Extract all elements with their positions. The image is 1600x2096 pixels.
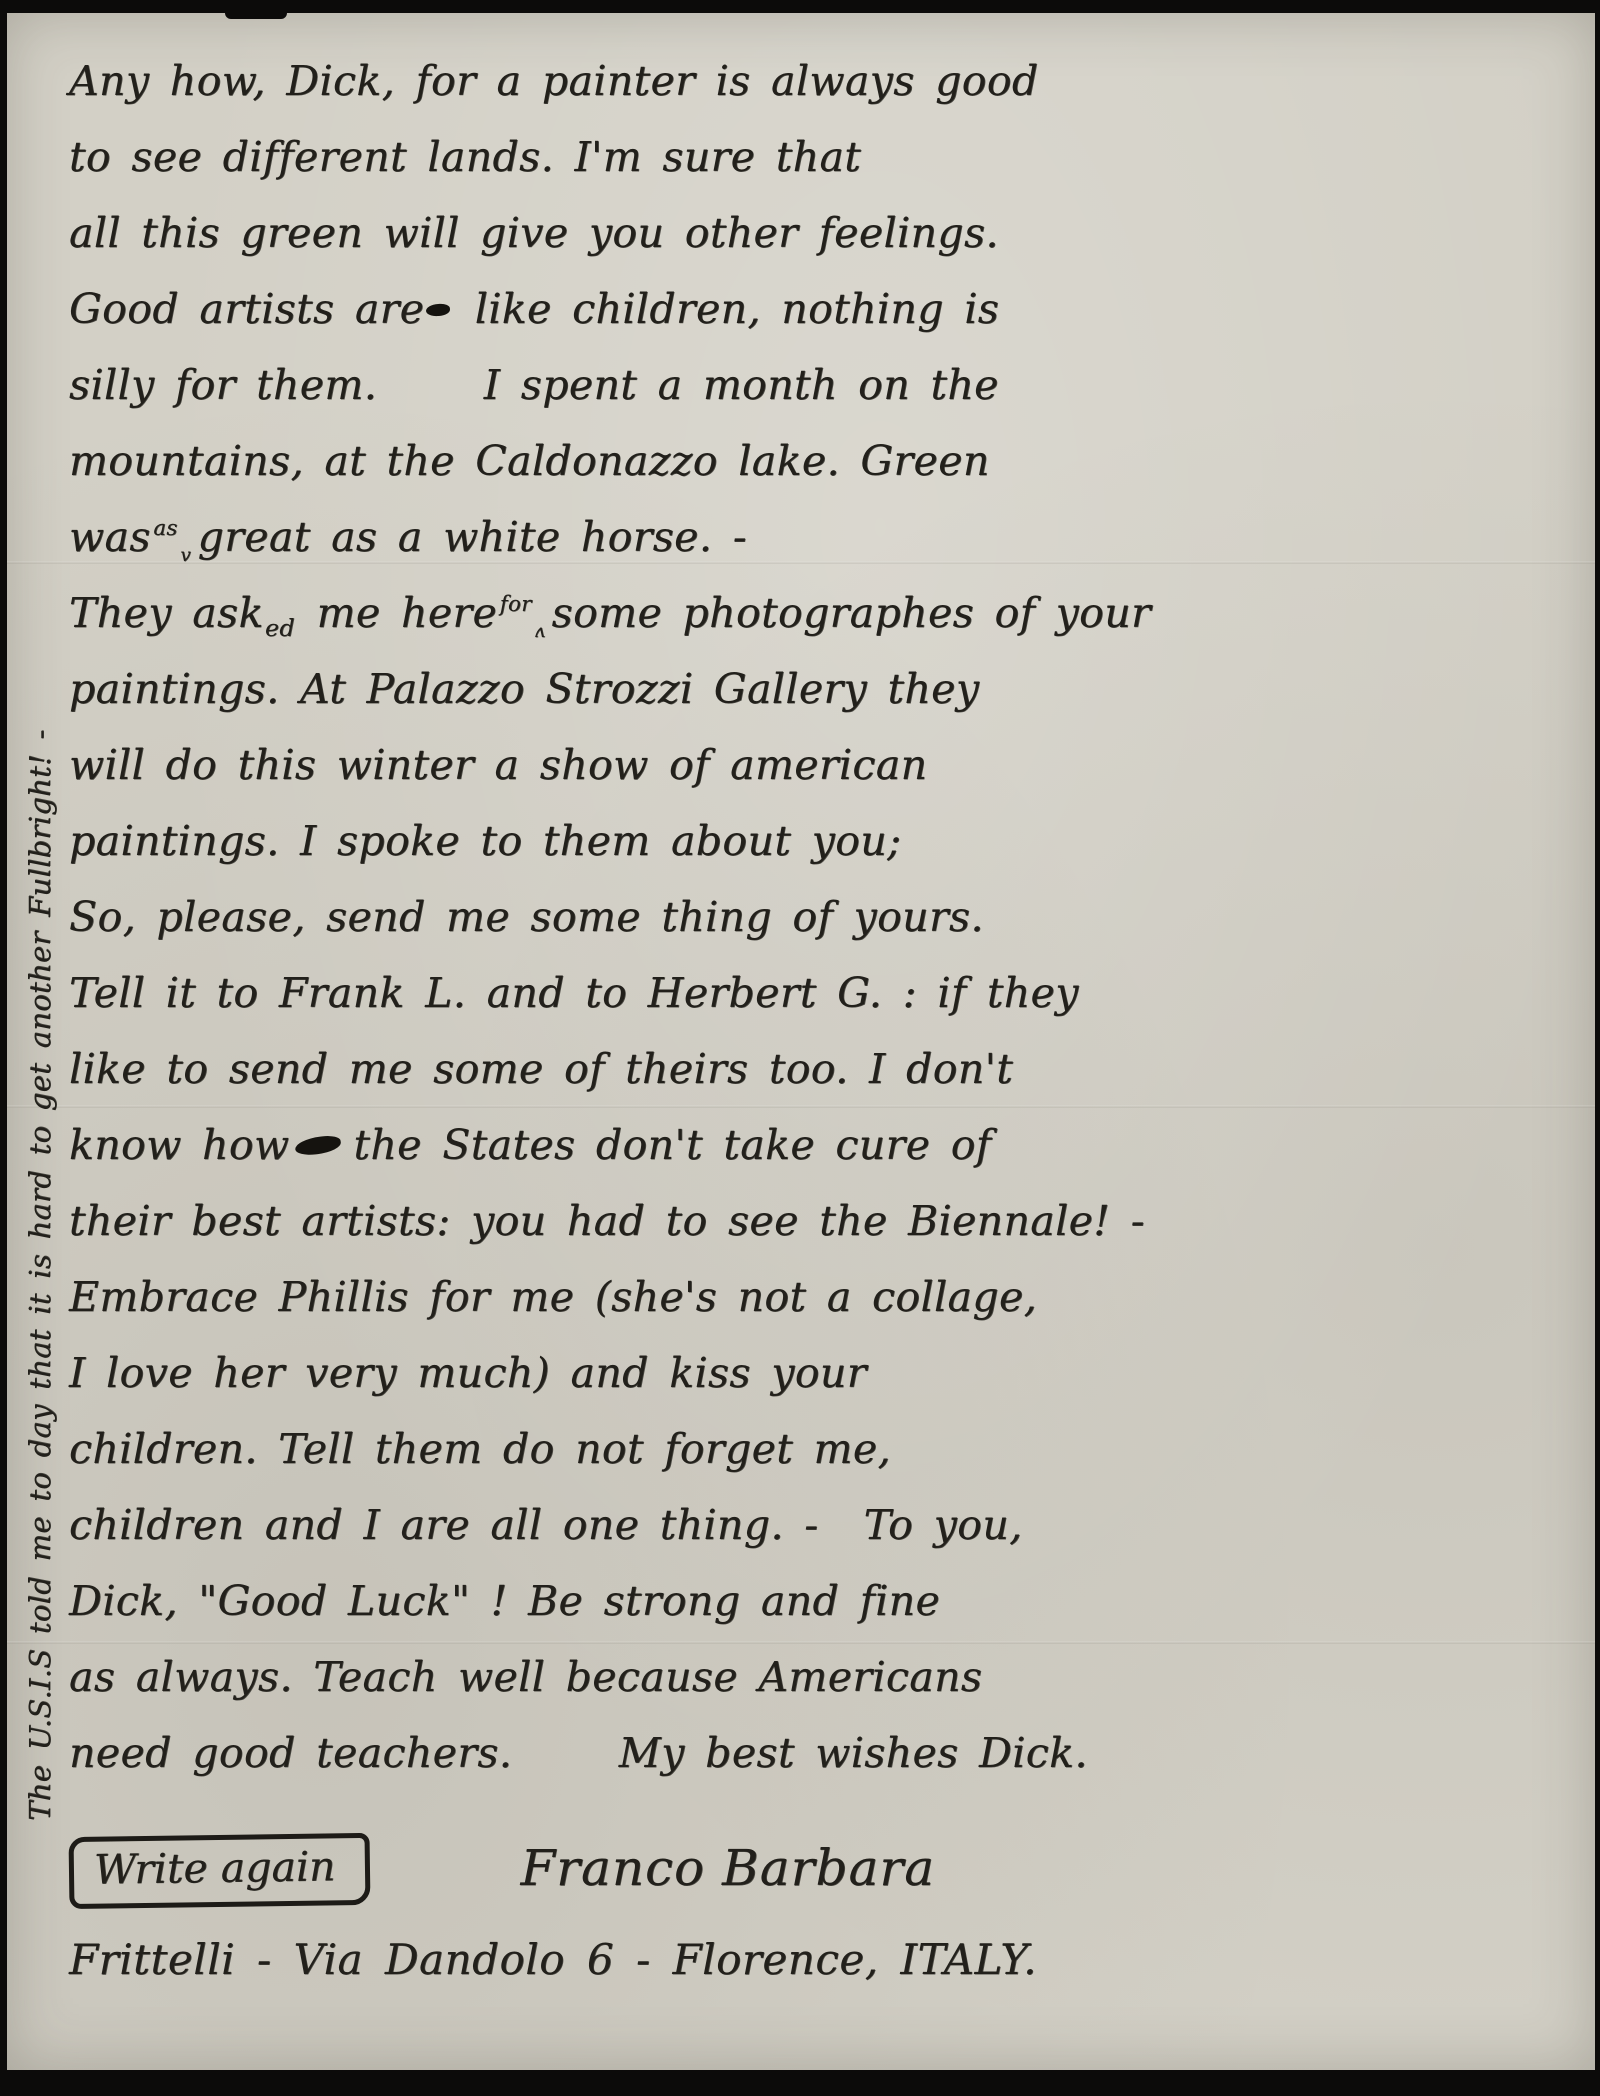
letter-line: children. Tell them do not forget me, — [69, 1411, 1565, 1487]
letter-line: as always. Teach well because Americans — [69, 1639, 1565, 1715]
text-segment: for — [500, 567, 532, 643]
text-segment: me here — [296, 589, 497, 637]
signature: Franco Barbara — [520, 1839, 935, 1897]
text-segment: ʌ — [534, 594, 545, 670]
text-segment: great as a white horse. - — [198, 513, 747, 561]
photo-edge-notch — [225, 0, 287, 19]
letter-body: Any how, Dick, for a painter is always g… — [69, 43, 1565, 1791]
letter-line: like to send me some of theirs too. I do… — [69, 1031, 1565, 1107]
text-segment: as — [153, 491, 177, 567]
ink-scribble — [295, 1134, 343, 1156]
text-segment: to see different lands. I'm sure that — [69, 133, 861, 181]
letter-line: wasasvgreat as a white horse. - — [69, 499, 1565, 575]
text-segment: Good artists are — [69, 285, 424, 333]
text-segment: mountains, at the Caldonazzo lake. Green — [69, 437, 990, 485]
text-segment: their best artists: you had to see the B… — [69, 1197, 1145, 1245]
text-segment: Any how, Dick, for a painter is always g… — [69, 57, 1039, 105]
text-segment: like children, nothing is — [454, 285, 999, 333]
text-segment: To you, — [864, 1501, 1023, 1549]
text-segment: children and I are all one thing. - — [69, 1501, 819, 1549]
letter-line: to see different lands. I'm sure that — [69, 119, 1565, 195]
letter-line: need good teachers.My best wishes Dick. — [69, 1715, 1565, 1791]
text-segment: My best wishes Dick. — [619, 1729, 1088, 1777]
letter-line: I love her very much) and kiss your — [69, 1335, 1565, 1411]
text-segment: children. Tell them do not forget me, — [69, 1425, 891, 1473]
letter-line: know howthe States don't take cure of — [69, 1107, 1565, 1183]
text-segment: paintings. I spoke to them about you; — [69, 817, 901, 865]
text-segment: all this green will give you other feeli… — [69, 209, 999, 257]
text-segment: know how — [69, 1121, 289, 1169]
letter-line: mountains, at the Caldonazzo lake. Green — [69, 423, 1565, 499]
letter-line: Good artists are like children, nothing … — [69, 271, 1565, 347]
ink-scribble — [426, 303, 451, 317]
address-line: Frittelli - Via Dandolo 6 - Florence, IT… — [69, 1935, 1565, 1984]
text-segment: silly for them. — [69, 361, 377, 409]
letter-line: paintings. I spoke to them about you; — [69, 803, 1565, 879]
text-segment: will do this winter a show of american — [69, 741, 927, 789]
write-again-box: Write again — [69, 1833, 371, 1909]
text-segment: ed — [265, 590, 295, 666]
text-segment: I love her very much) and kiss your — [69, 1349, 867, 1397]
text-segment: need good teachers. — [69, 1729, 512, 1777]
text-segment: Tell it to Frank L. and to Herbert G. : … — [69, 969, 1079, 1017]
text-segment: like to send me some of theirs too. I do… — [69, 1045, 1013, 1093]
text-segment: some photographes of your — [552, 589, 1151, 637]
text-segment: I spent a month on the — [484, 361, 999, 409]
text-segment: v — [180, 518, 191, 594]
letter-line: Embrace Phillis for me (she's not a coll… — [69, 1259, 1565, 1335]
letter-photo: The U.S.I.S told me to day that it is ha… — [0, 0, 1600, 2096]
text-segment: was — [69, 513, 151, 561]
letter-line: Dick, "Good Luck" ! Be strong and fine — [69, 1563, 1565, 1639]
letter-line: children and I are all one thing. -To yo… — [69, 1487, 1565, 1563]
letter-line: Any how, Dick, for a painter is always g… — [69, 43, 1565, 119]
letter-line: Tell it to Frank L. and to Herbert G. : … — [69, 955, 1565, 1031]
text-segment: the States don't take cure of — [353, 1121, 991, 1169]
text-segment: as always. Teach well because Americans — [69, 1653, 982, 1701]
letter-line: will do this winter a show of american — [69, 727, 1565, 803]
text-segment: paintings. At Palazzo Strozzi Gallery th… — [69, 665, 979, 713]
letter-line: silly for them.I spent a month on the — [69, 347, 1565, 423]
letter-line: their best artists: you had to see the B… — [69, 1183, 1565, 1259]
text-segment: So, please, send me some thing of yours. — [69, 893, 984, 941]
letter-footer: Write again Franco Barbara Frittelli - V… — [69, 1835, 1565, 1984]
letter-page: The U.S.I.S told me to day that it is ha… — [7, 13, 1595, 2070]
letter-line: They asked me hereforʌsome photographes … — [69, 575, 1565, 651]
text-segment: Dick, "Good Luck" ! Be strong and fine — [69, 1577, 940, 1625]
letter-line: So, please, send me some thing of yours. — [69, 879, 1565, 955]
text-segment: They ask — [69, 589, 264, 637]
text-segment: Embrace Phillis for me (she's not a coll… — [69, 1273, 1037, 1321]
letter-line: all this green will give you other feeli… — [69, 195, 1565, 271]
margin-note: The U.S.I.S told me to day that it is ha… — [23, 101, 57, 1821]
